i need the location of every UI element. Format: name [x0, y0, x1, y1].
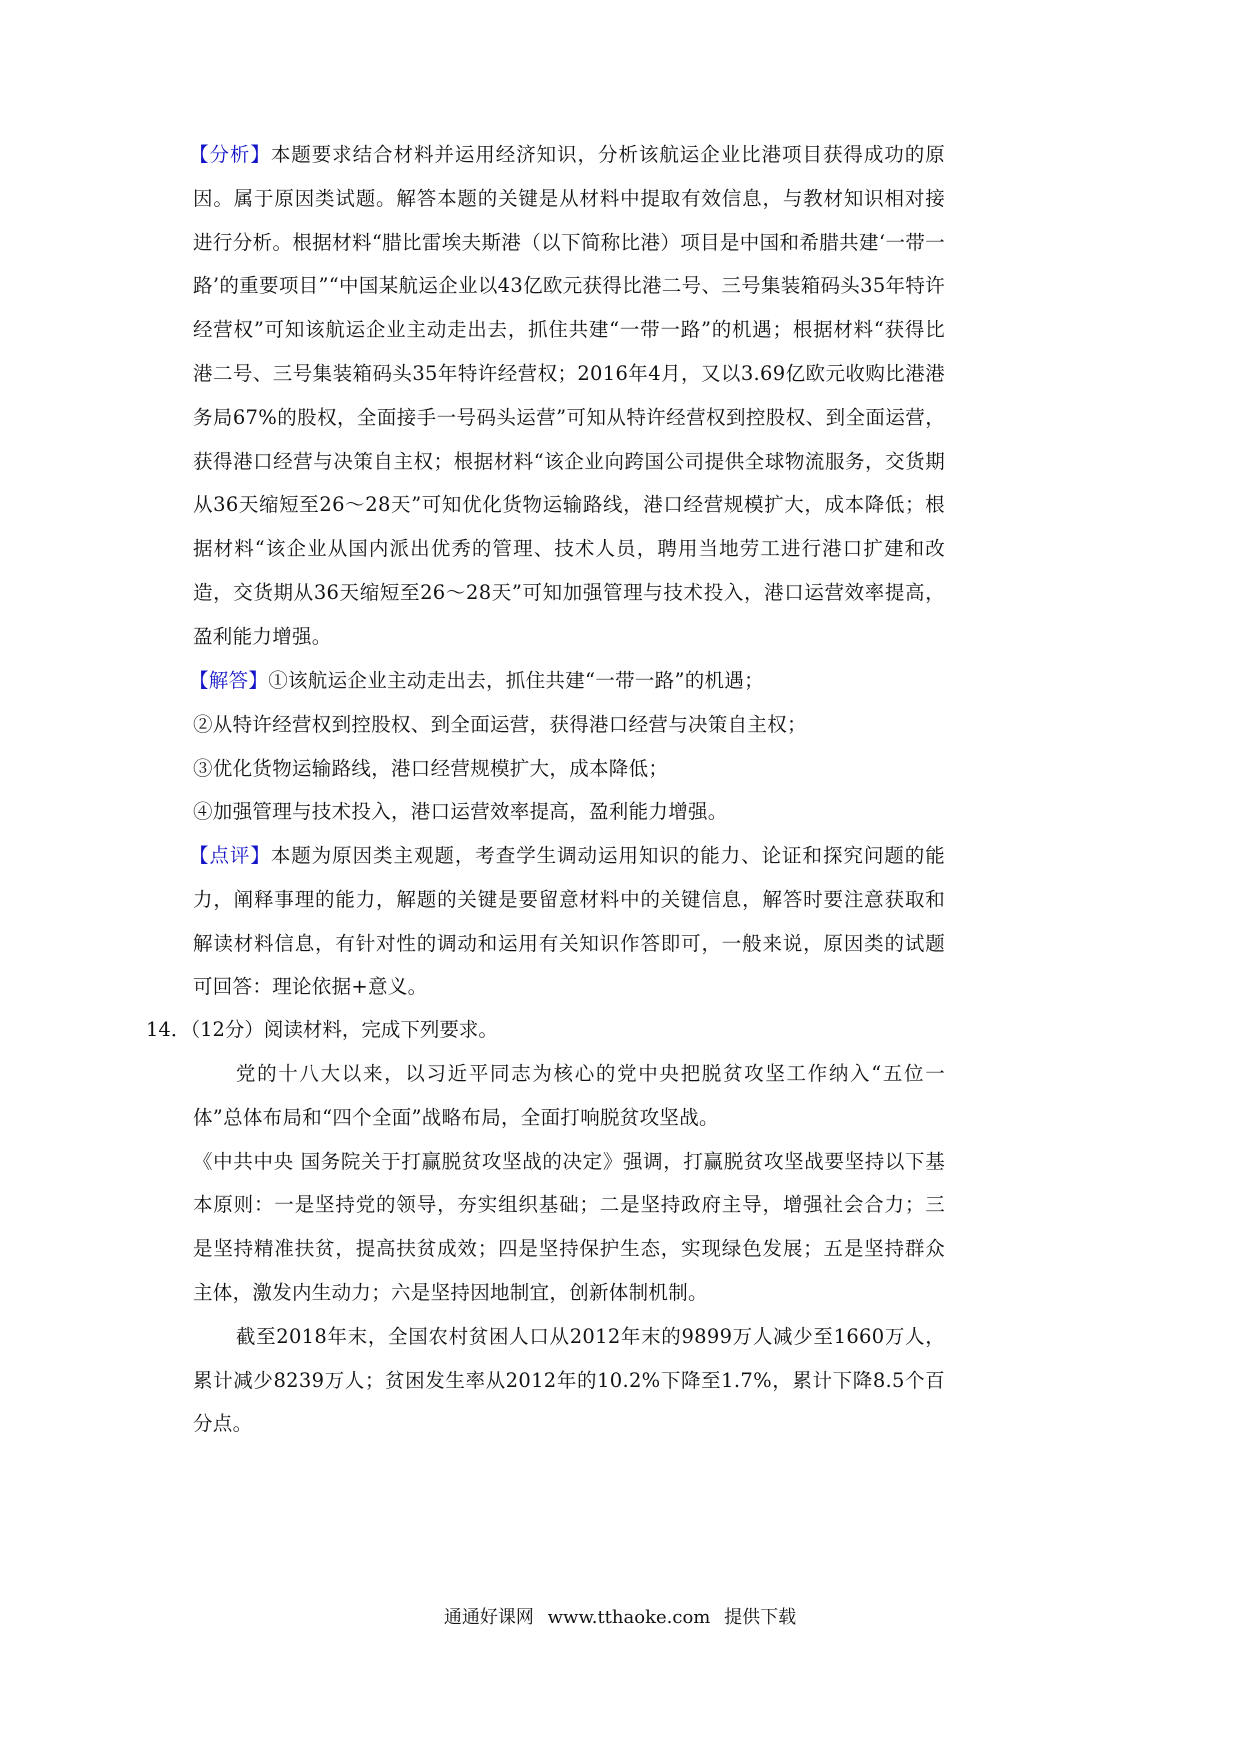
question-14-material: 党的十八大以来，以习近平同志为核心的党中央把脱贫攻坚工作纳入“五位一体”总体布局…: [193, 1052, 945, 1446]
footer-url[interactable]: www.tthaoke.com: [548, 1607, 711, 1628]
comment-section: 【点评】本题为原因类主观题，考查学生调动运用知识的能力、论证和探究问题的能力，阐…: [193, 834, 945, 1009]
analysis-label: 【分析】: [189, 143, 271, 166]
answer-item-4: ④加强管理与技术投入，港口运营效率提高，盈利能力增强。: [193, 790, 945, 834]
answer-item-1: 【解答】①该航运企业主动走出去，抓住共建“一带一路”的机遇；: [193, 659, 945, 703]
analysis-paragraph: 【分析】本题要求结合材料并运用经济知识，分析该航运企业比港项目获得成功的原因。属…: [193, 133, 945, 659]
analysis-text: 本题要求结合材料并运用经济知识，分析该航运企业比港项目获得成功的原因。属于原因类…: [193, 143, 945, 648]
question-14-heading: 14．（12分）阅读材料，完成下列要求。: [146, 1008, 498, 1052]
material-paragraph-2: 《中共中央 国务院关于打赢脱贫攻坚战的决定》强调，打赢脱贫攻坚战要坚持以下基本原…: [193, 1140, 945, 1315]
comment-label: 【点评】: [189, 844, 271, 867]
comment-paragraph: 【点评】本题为原因类主观题，考查学生调动运用知识的能力、论证和探究问题的能力，阐…: [193, 834, 945, 1009]
comment-text: 本题为原因类主观题，考查学生调动运用知识的能力、论证和探究问题的能力，阐释事理的…: [193, 844, 945, 998]
analysis-section: 【分析】本题要求结合材料并运用经济知识，分析该航运企业比港项目获得成功的原因。属…: [193, 133, 945, 659]
material-paragraph-3: 截至2018年末，全国农村贫困人口从2012年末的9899万人减少至1660万人…: [193, 1315, 945, 1446]
answer-item-2: ②从特许经营权到控股权、到全面运营，获得港口经营与决策自主权；: [193, 703, 945, 747]
material-paragraph-1: 党的十八大以来，以习近平同志为核心的党中央把脱贫攻坚工作纳入“五位一体”总体布局…: [193, 1052, 945, 1140]
page-footer: 通通好课网 www.tthaoke.com 提供下载: [0, 1603, 1240, 1633]
footer-site-name: 通通好课网: [444, 1607, 534, 1628]
answer-label: 【解答】: [189, 669, 268, 692]
answer-item-3: ③优化货物运输路线，港口经营规模扩大，成本降低；: [193, 747, 945, 791]
answer-item-text: ①该航运企业主动走出去，抓住共建“一带一路”的机遇；: [268, 669, 764, 692]
answer-section: 【解答】①该航运企业主动走出去，抓住共建“一带一路”的机遇； ②从特许经营权到控…: [193, 659, 945, 834]
document-page: 【分析】本题要求结合材料并运用经济知识，分析该航运企业比港项目获得成功的原因。属…: [0, 0, 1240, 1754]
footer-suffix: 提供下载: [724, 1607, 796, 1628]
